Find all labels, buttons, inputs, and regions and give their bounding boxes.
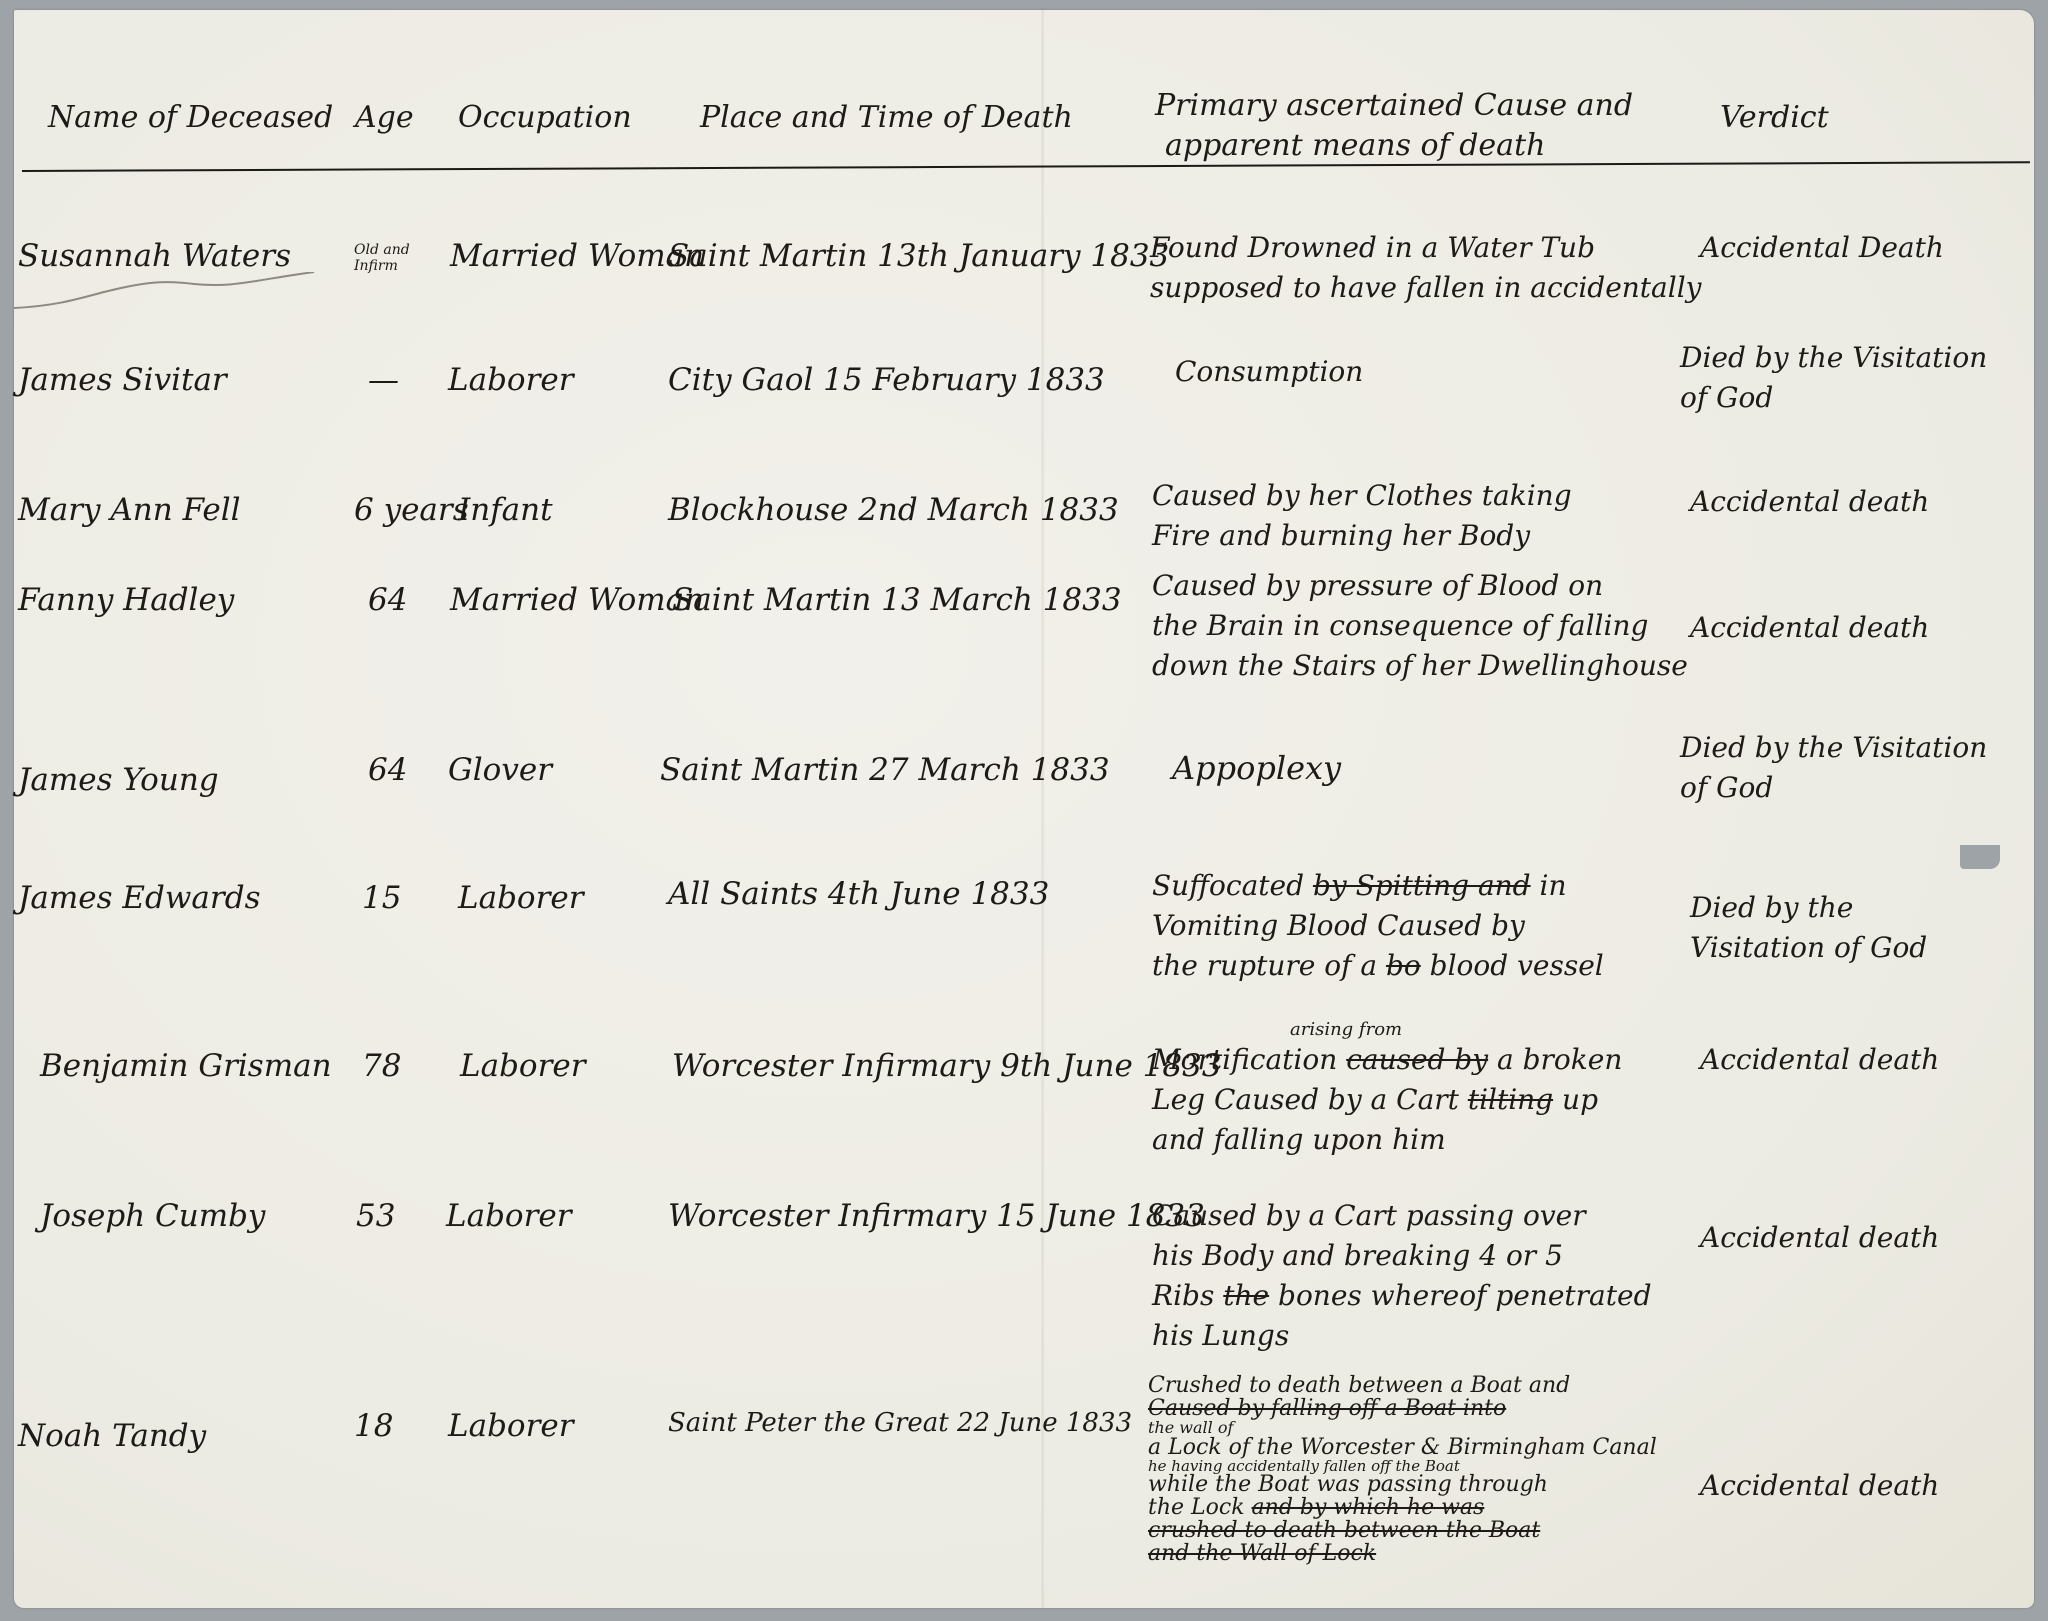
cause-text: the Lock xyxy=(1148,1495,1245,1520)
verdict: Accidental death xyxy=(1700,1218,1939,1258)
verdict-line: Died by the Visitation xyxy=(1680,338,1987,378)
cause-line: down the Stairs of her Dwellinghouse xyxy=(1152,646,1688,686)
struck-line: crushed to death between the Boat xyxy=(1148,1519,1657,1542)
cause-line: Consumption xyxy=(1175,352,1363,392)
struck-text: and by which he was xyxy=(1252,1495,1485,1520)
cause-line: he having accidentally fallen off the Bo… xyxy=(1148,1459,1657,1473)
deceased-name: Susannah Waters xyxy=(18,238,291,275)
cause-line: Fire and burning her Body xyxy=(1152,516,1572,556)
verdict-line: Accidental death xyxy=(1690,482,1929,522)
cause: Mortification caused by a broken Leg Cau… xyxy=(1152,1040,1622,1160)
header-name: Name of Deceased xyxy=(48,100,333,136)
cause-text: a broken xyxy=(1497,1043,1622,1076)
place-time: All Saints 4th June 1833 xyxy=(668,876,1049,913)
occupation: Laborer xyxy=(458,880,584,917)
verdict-line: Accidental death xyxy=(1700,1218,1939,1258)
cause-text: bones whereof penetrated xyxy=(1278,1279,1651,1312)
deceased-name: James Edwards xyxy=(18,880,260,917)
cause-text: Leg Caused by a Cart xyxy=(1152,1083,1459,1116)
verdict-line: Died by the xyxy=(1690,888,1927,928)
cause-line: Found Drowned in a Water Tub xyxy=(1150,228,1701,268)
deceased-name: Mary Ann Fell xyxy=(18,492,241,529)
cause-line: Caused by pressure of Blood on xyxy=(1152,566,1688,606)
cause-text: in xyxy=(1540,869,1567,902)
cause-line: Crushed to death between a Boat and xyxy=(1148,1374,1657,1397)
cause: Consumption xyxy=(1175,352,1363,392)
verdict: Died by the Visitation of God xyxy=(1680,728,1987,808)
cause: Suffocated by Spitting and in Vomiting B… xyxy=(1152,866,1604,986)
age: 18 xyxy=(354,1408,393,1445)
verdict: Died by the Visitation of God xyxy=(1680,338,1987,418)
header-place-time: Place and Time of Death xyxy=(700,100,1073,136)
cause-insert: arising from xyxy=(1290,1022,1402,1038)
header-cause-2: apparent means of death xyxy=(1165,128,1545,164)
verdict-line: Accidental death xyxy=(1690,608,1929,648)
age: Old and Infirm xyxy=(354,242,410,274)
deceased-name: Joseph Cumby xyxy=(40,1198,265,1235)
cause-line: the Brain in consequence of falling xyxy=(1152,606,1688,646)
verdict: Accidental death xyxy=(1690,482,1929,522)
occupation: Laborer xyxy=(448,1408,574,1445)
cause-line: while the Boat was passing through xyxy=(1148,1473,1657,1496)
deceased-name: Benjamin Grisman xyxy=(40,1048,332,1085)
deceased-name: James Sivitar xyxy=(18,362,227,399)
cause-line: the wall of xyxy=(1148,1420,1657,1436)
occupation: Laborer xyxy=(448,362,574,399)
age: — xyxy=(368,362,399,399)
verdict: Accidental death xyxy=(1700,1466,1939,1506)
struck-text: tilting xyxy=(1468,1083,1553,1116)
cause-line: the rupture of a bo blood vessel xyxy=(1152,946,1604,986)
verdict-line: of God xyxy=(1680,768,1987,808)
cause-text: Suffocated xyxy=(1152,869,1304,902)
cause-line: Suffocated by Spitting and in xyxy=(1152,866,1604,906)
occupation: Glover xyxy=(448,752,552,789)
occupation: Married Woman xyxy=(450,238,704,275)
cause: Found Drowned in a Water Tub supposed to… xyxy=(1150,228,1701,308)
struck-line: Caused by falling off a Boat into xyxy=(1148,1397,1657,1420)
cause-text: Mortification xyxy=(1152,1043,1337,1076)
deceased-name: Fanny Hadley xyxy=(18,582,234,619)
cause-line: Leg Caused by a Cart tilting up xyxy=(1152,1080,1622,1120)
verdict-line: Accidental Death xyxy=(1700,228,1944,268)
cause-text: Ribs xyxy=(1152,1279,1214,1312)
cause: Caused by her Clothes taking Fire and bu… xyxy=(1152,476,1572,556)
place-time: Worcester Infirmary 9th June 1833 xyxy=(672,1048,1222,1085)
age: 6 years xyxy=(354,492,469,529)
place-time: City Gaol 15 February 1833 xyxy=(668,362,1105,399)
cause-line: Mortification caused by a broken xyxy=(1152,1040,1622,1080)
occupation: Married Woman xyxy=(450,582,704,619)
cause-line: the Lock and by which he was xyxy=(1148,1496,1657,1519)
verdict: Accidental Death xyxy=(1700,228,1944,268)
place-time: Saint Peter the Great 22 June 1833 xyxy=(668,1408,1132,1439)
age: 78 xyxy=(362,1048,401,1085)
age: 53 xyxy=(356,1198,395,1235)
place-time: Blockhouse 2nd March 1833 xyxy=(668,492,1119,529)
cause: Crushed to death between a Boat and Caus… xyxy=(1148,1374,1657,1565)
place-time: Saint Martin 13 March 1833 xyxy=(672,582,1122,619)
cause: Appoplexy xyxy=(1172,748,1341,788)
cause-line: Ribs the bones whereof penetrated xyxy=(1152,1276,1652,1316)
verdict: Died by the Visitation of God xyxy=(1690,888,1927,968)
age-line: Old and xyxy=(354,242,410,258)
struck-text: the xyxy=(1223,1279,1269,1312)
occupation: Infant xyxy=(458,492,553,529)
verdict-line: Accidental death xyxy=(1700,1466,1939,1506)
place-time: Saint Martin 27 March 1833 xyxy=(660,752,1110,789)
cause-line: his Lungs xyxy=(1152,1316,1652,1356)
deceased-name: James Young xyxy=(18,762,219,799)
header-verdict: Verdict xyxy=(1720,100,1829,136)
age-line: Infirm xyxy=(354,258,410,274)
struck-line: and the Wall of Lock xyxy=(1148,1542,1657,1565)
verdict-line: Visitation of God xyxy=(1690,928,1927,968)
verdict-line: Accidental death xyxy=(1700,1040,1939,1080)
paper-notch xyxy=(1960,845,2000,869)
occupation: Laborer xyxy=(446,1198,572,1235)
cause-text: the rupture of a xyxy=(1152,949,1377,982)
cause: Caused by pressure of Blood on the Brain… xyxy=(1152,566,1688,686)
verdict: Accidental death xyxy=(1690,608,1929,648)
header-occupation: Occupation xyxy=(458,100,632,136)
struck-text: by Spitting and xyxy=(1313,869,1531,902)
cause-text: up xyxy=(1562,1083,1598,1116)
cause-line: a Lock of the Worcester & Birmingham Can… xyxy=(1148,1436,1657,1459)
deceased-name: Noah Tandy xyxy=(18,1418,206,1455)
verdict-line: Died by the Visitation xyxy=(1680,728,1987,768)
age: 15 xyxy=(362,880,401,917)
cause-line: Appoplexy xyxy=(1172,748,1341,788)
verdict-line: of God xyxy=(1680,378,1987,418)
age: 64 xyxy=(368,582,407,619)
paper-tear xyxy=(14,272,324,312)
place-time: Saint Martin 13th January 1833 xyxy=(668,238,1169,275)
cause: Caused by a Cart passing over his Body a… xyxy=(1152,1196,1652,1356)
cause-line: Vomiting Blood Caused by xyxy=(1152,906,1604,946)
cause-line: Caused by a Cart passing over xyxy=(1152,1196,1652,1236)
verdict: Accidental death xyxy=(1700,1040,1939,1080)
header-age: Age xyxy=(355,100,414,136)
struck-text: caused by xyxy=(1346,1043,1488,1076)
header-cause-1: Primary ascertained Cause and xyxy=(1155,88,1633,124)
cause-line: his Body and breaking 4 or 5 xyxy=(1152,1236,1652,1276)
cause-line: Caused by her Clothes taking xyxy=(1152,476,1572,516)
occupation: Laborer xyxy=(460,1048,586,1085)
cause-text: blood vessel xyxy=(1430,949,1604,982)
struck-text: bo xyxy=(1386,949,1421,982)
place-time: Worcester Infirmary 15 June 1833 xyxy=(668,1198,1205,1235)
cause-line: and falling upon him xyxy=(1152,1120,1622,1160)
age: 64 xyxy=(368,752,407,789)
cause-line: supposed to have fallen in accidentally xyxy=(1150,268,1701,308)
